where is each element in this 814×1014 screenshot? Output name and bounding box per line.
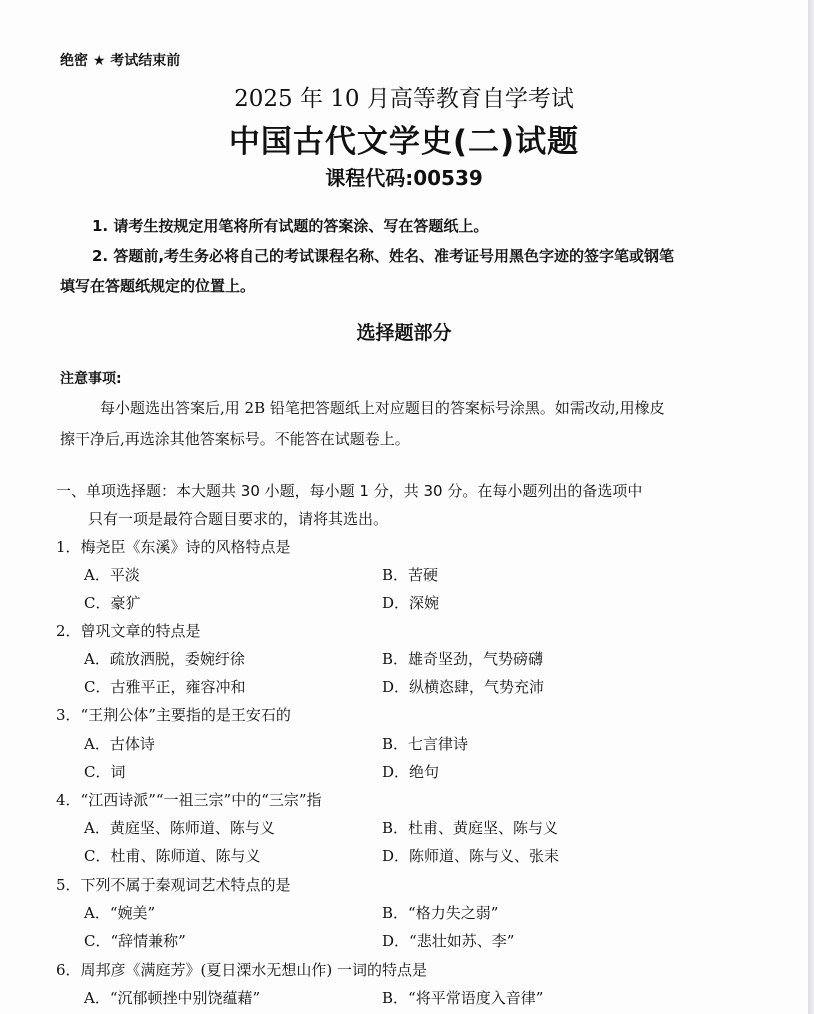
option-a: A．平淡: [84, 564, 140, 585]
option-d: D．深婉: [382, 592, 439, 613]
option-b: B．杜甫、黄庭坚、陈与义: [382, 817, 558, 838]
question-stem: 3．“王荆公体”主要指的是王安石的: [56, 704, 291, 725]
option-a: A．“沉郁顿挫中别饶蕴藉”: [84, 987, 260, 1008]
question-stem: 6．周邦彦《满庭芳》(夏日溧水无想山作) 一词的特点是: [56, 959, 427, 980]
option-b: B．七言律诗: [382, 733, 468, 754]
option-a: A．黄庭坚、陈师道、陈与义: [84, 817, 275, 838]
question-stem: 1．梅尧臣《东溪》诗的风格特点是: [56, 536, 291, 557]
option-d: D．陈师道、陈与义、张耒: [382, 845, 559, 866]
part-heading-line1: 一、单项选择题：本大题共 30 小题，每小题 1 分，共 30 分。在每小题列出…: [56, 480, 642, 501]
course-code: 课程代码:00539: [0, 162, 808, 191]
notice-line-2: 擦干净后,再选涂其他答案标号。不能答在试题卷上。: [60, 428, 410, 449]
instruction-1: 1. 请考生按规定用笔将所有试题的答案涂、写在答题纸上。: [92, 215, 488, 236]
option-c: C．杜甫、陈师道、陈与义: [84, 845, 260, 866]
paper-title: 中国古代文学史(二)试题: [0, 116, 808, 161]
section-title: 选择题部分: [0, 318, 808, 345]
part-heading-line2: 只有一项是最符合题目要求的，请将其选出。: [88, 508, 388, 529]
confidential-label: 绝密 ★ 考试结束前: [60, 50, 180, 70]
option-a: A．古体诗: [84, 733, 155, 754]
exam-title: 2025 年 10 月高等教育自学考试: [0, 80, 808, 113]
page-edge-shadow: [808, 0, 814, 1014]
exam-page: 绝密 ★ 考试结束前 2025 年 10 月高等教育自学考试 中国古代文学史(二…: [0, 0, 808, 1014]
option-b: B．苦硬: [382, 564, 438, 585]
option-b: B．雄奇坚劲，气势磅礴: [382, 648, 543, 669]
option-c: C．古雅平正，雍容冲和: [84, 676, 245, 697]
option-b: B．“将平常语度入音律”: [382, 987, 543, 1008]
option-c: C．豪犷: [84, 592, 140, 613]
instruction-2-cont: 填写在答题纸规定的位置上。: [60, 275, 255, 296]
option-d: D．“悲壮如苏、李”: [382, 930, 514, 951]
option-d: D．纵横恣肆，气势充沛: [382, 676, 544, 697]
option-d: D．绝句: [382, 761, 439, 782]
notice-line-1: 每小题选出答案后,用 2B 铅笔把答题纸上对应题目的答案标号涂黑。如需改动,用橡…: [100, 397, 665, 418]
question-stem: 5．下列不属于秦观词艺术特点的是: [56, 874, 291, 895]
notice-title: 注意事项:: [60, 368, 122, 388]
option-a: A．“婉美”: [84, 902, 155, 923]
question-stem: 2．曾巩文章的特点是: [56, 620, 201, 641]
instruction-2: 2. 答题前,考生务必将自己的考试课程名称、姓名、准考证号用黑色字迹的签字笔或钢…: [92, 245, 674, 266]
option-a: A．疏放洒脱，委婉纡徐: [84, 648, 245, 669]
option-c: C．词: [84, 761, 125, 782]
question-stem: 4．“江西诗派”“一祖三宗”中的“三宗”指: [56, 789, 322, 810]
option-c: C．“辞情兼称”: [84, 930, 186, 951]
option-b: B．“格力失之弱”: [382, 902, 498, 923]
